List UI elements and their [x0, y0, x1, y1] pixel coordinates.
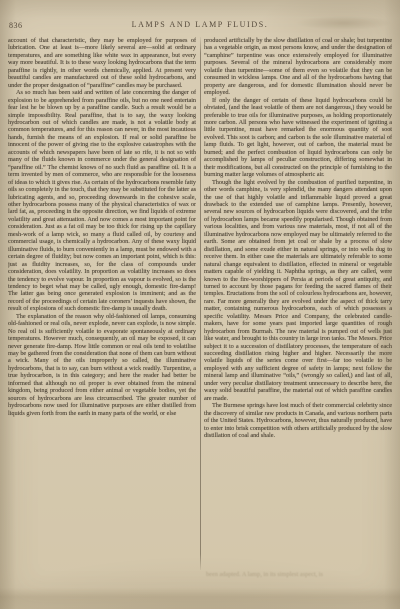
column-divider [200, 37, 201, 570]
running-head: LAMPS AND LAMP FLUIDS. [0, 20, 400, 29]
text-columns: account of that characteristic, they may… [8, 37, 392, 570]
paragraph: account of that characteristic, they may… [8, 37, 196, 89]
page-header: 836 LAMPS AND LAMP FLUIDS. [0, 20, 400, 32]
paragraph: As so much has been said and written of … [8, 89, 196, 313]
right-column: produced artificially by the slow distil… [204, 37, 392, 570]
left-column: account of that characteristic, they may… [8, 37, 196, 570]
paragraph: If only the danger of certain of these l… [204, 97, 392, 179]
show-through-text: been adapted. A lamp, in its simplest as… [206, 571, 392, 578]
paragraph: Though the light evolved by the combusti… [204, 179, 392, 403]
paragraph: The Burmese springs have lost much of th… [204, 402, 392, 439]
book-page: 836 LAMPS AND LAMP FLUIDS. account of th… [0, 0, 400, 609]
paragraph: The explanation of the reason why old-fa… [8, 313, 196, 417]
paragraph: produced artificially by the slow distil… [204, 37, 392, 97]
